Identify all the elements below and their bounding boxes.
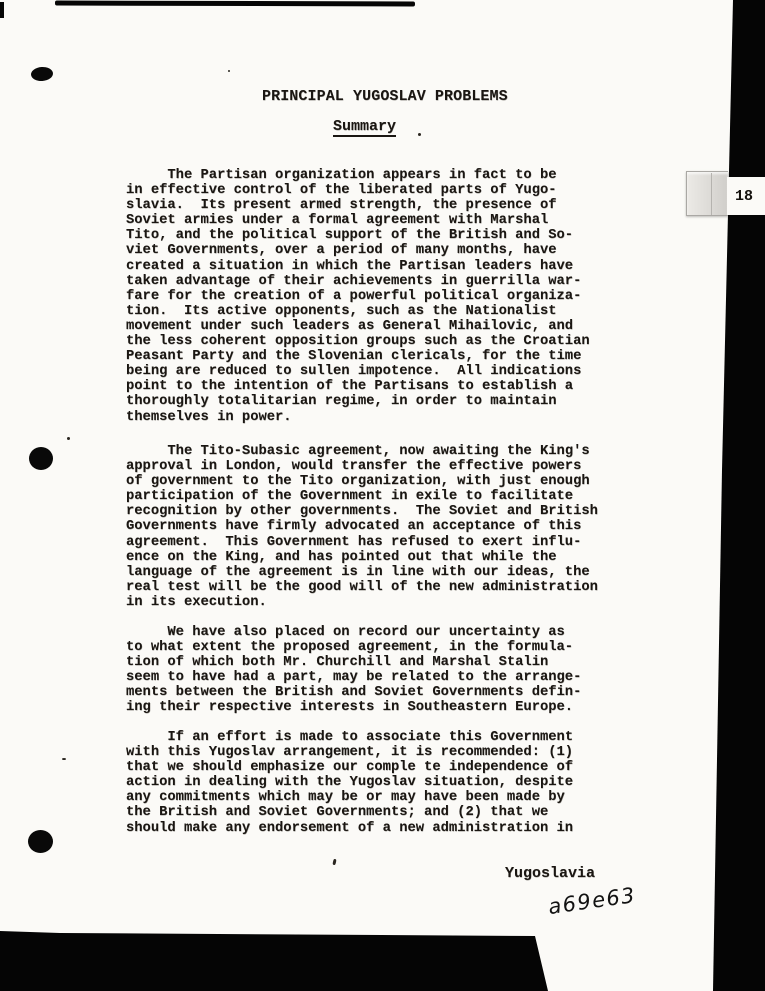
index-tab [686, 171, 728, 216]
handwritten-code: a69e63 [547, 883, 638, 919]
scan-edge-bottom [0, 928, 560, 991]
index-tab-crease [711, 173, 712, 215]
scan-speck [67, 437, 70, 440]
punch-hole-middle [29, 447, 53, 470]
paragraph-partisan-control: The Partisan organization appears in fac… [126, 168, 608, 425]
scan-speck [62, 758, 66, 760]
scan-edge-right [710, 0, 765, 991]
punch-hole-bottom [28, 830, 53, 853]
document-title: PRINCIPAL YUGOSLAV PROBLEMS [262, 89, 508, 104]
scan-edge-top [55, 1, 415, 7]
punch-hole-top [31, 66, 54, 82]
paragraph-recommendations: If an effort is made to associate this G… [126, 730, 608, 836]
scan-edge-corner [0, 2, 4, 18]
document-heading: Summary [333, 119, 396, 137]
scan-speck [228, 70, 230, 72]
paragraph-uncertainty-record: We have also placed on record our uncert… [126, 625, 608, 716]
page-number: 18 [735, 188, 753, 205]
paragraph-tito-subasic-agreement: The Tito-Subasic agreement, now awaiting… [126, 444, 608, 610]
page-number-notch: 18 [727, 177, 765, 215]
footer-subject-tag: Yugoslavia [505, 866, 595, 881]
scanned-document-page: PRINCIPAL YUGOSLAV PROBLEMS Summary The … [0, 0, 765, 991]
scan-speck [418, 133, 421, 136]
document-heading-label: Summary [333, 119, 396, 137]
scan-speck [332, 859, 336, 865]
